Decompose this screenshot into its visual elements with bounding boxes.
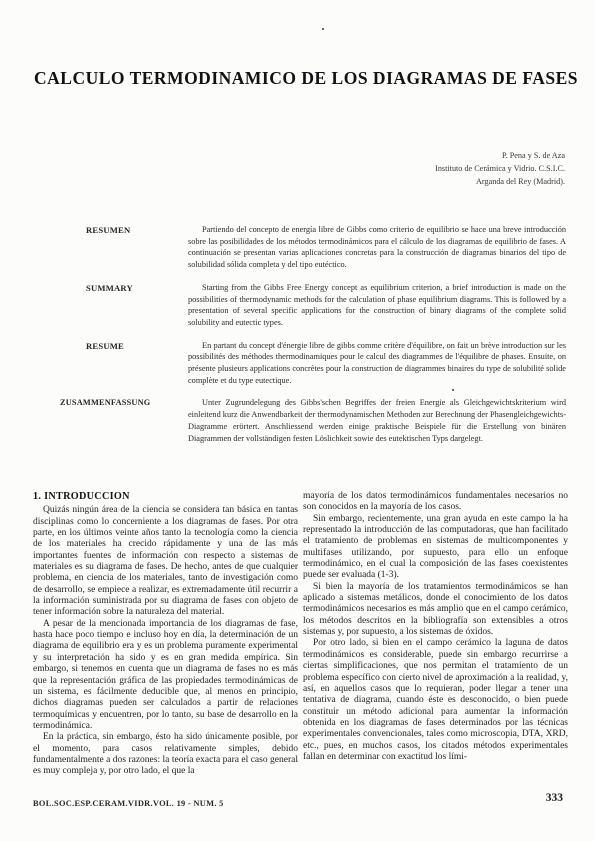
body-column-right: mayoría de los datos termodinámicos fund… — [303, 491, 568, 763]
section-heading-introduccion: 1. INTRODUCCION — [33, 491, 298, 502]
abstract-text-resume: En partant du concept d'énergie libre de… — [188, 340, 566, 387]
scanned-paper-page: CALCULO TERMODINAMICO DE LOS DIAGRAMAS D… — [0, 0, 595, 841]
body-paragraph: A pesar de la mencionada importancia de … — [33, 619, 298, 732]
abstract-label-resume: RESUME — [60, 340, 188, 387]
scan-artifact-dot — [322, 28, 324, 30]
body-column-left: 1. INTRODUCCION Quizás ningún área de la… — [33, 491, 298, 778]
abstract-resume: RESUME En partant du concept d'énergie l… — [60, 340, 566, 387]
abstract-summary: SUMMARY Starting from the Gibbs Free Ene… — [60, 282, 566, 329]
author-names: P. Pena y S. de Aza — [435, 149, 565, 162]
abstract-label-resumen: RESUMEN — [60, 224, 188, 271]
abstract-label-zusammenfassung: ZUSAMMENFASSUNG — [60, 397, 188, 444]
abstract-text-zusammenfassung: Unter Zugrundelegung des Gibbs'schen Beg… — [188, 397, 566, 444]
journal-volume-footer: BOL.SOC.ESP.CERAM.VIDR.VOL. 19 - NUM. 5 — [33, 799, 224, 808]
abstract-text-resumen: Partiendo del concepto de energía libre … — [188, 224, 566, 271]
body-paragraph: Si bien la mayoría de los tratamientos t… — [303, 582, 568, 639]
paper-title: CALCULO TERMODINAMICO DE LOS DIAGRAMAS D… — [34, 68, 566, 89]
abstract-label-summary: SUMMARY — [60, 282, 188, 329]
abstract-zusammenfassung: ZUSAMMENFASSUNG Unter Zugrundelegung des… — [60, 397, 566, 444]
abstracts-section: RESUMEN Partiendo del concepto de energí… — [60, 224, 566, 455]
body-paragraph: En la práctica, sin embargo, ésto ha sid… — [33, 732, 298, 777]
author-affiliation: Instituto de Cerámica y Vidrio. C.S.I.C. — [435, 162, 565, 175]
body-paragraph: Por otro lado, si bien en el campo cerám… — [303, 638, 568, 763]
body-paragraph: Sin embargo, recientemente, una gran ayu… — [303, 514, 568, 582]
page-number: 333 — [546, 792, 563, 804]
abstract-resumen: RESUMEN Partiendo del concepto de energí… — [60, 224, 566, 271]
body-paragraph: Quizás ningún área de la ciencia se cons… — [33, 505, 298, 618]
author-location: Arganda del Rey (Madrid). — [435, 175, 565, 188]
abstract-text-summary: Starting from the Gibbs Free Energy conc… — [188, 282, 566, 329]
body-paragraph-continuation: mayoría de los datos termodinámicos fund… — [303, 491, 568, 514]
author-block: P. Pena y S. de Aza Instituto de Cerámic… — [435, 149, 565, 188]
